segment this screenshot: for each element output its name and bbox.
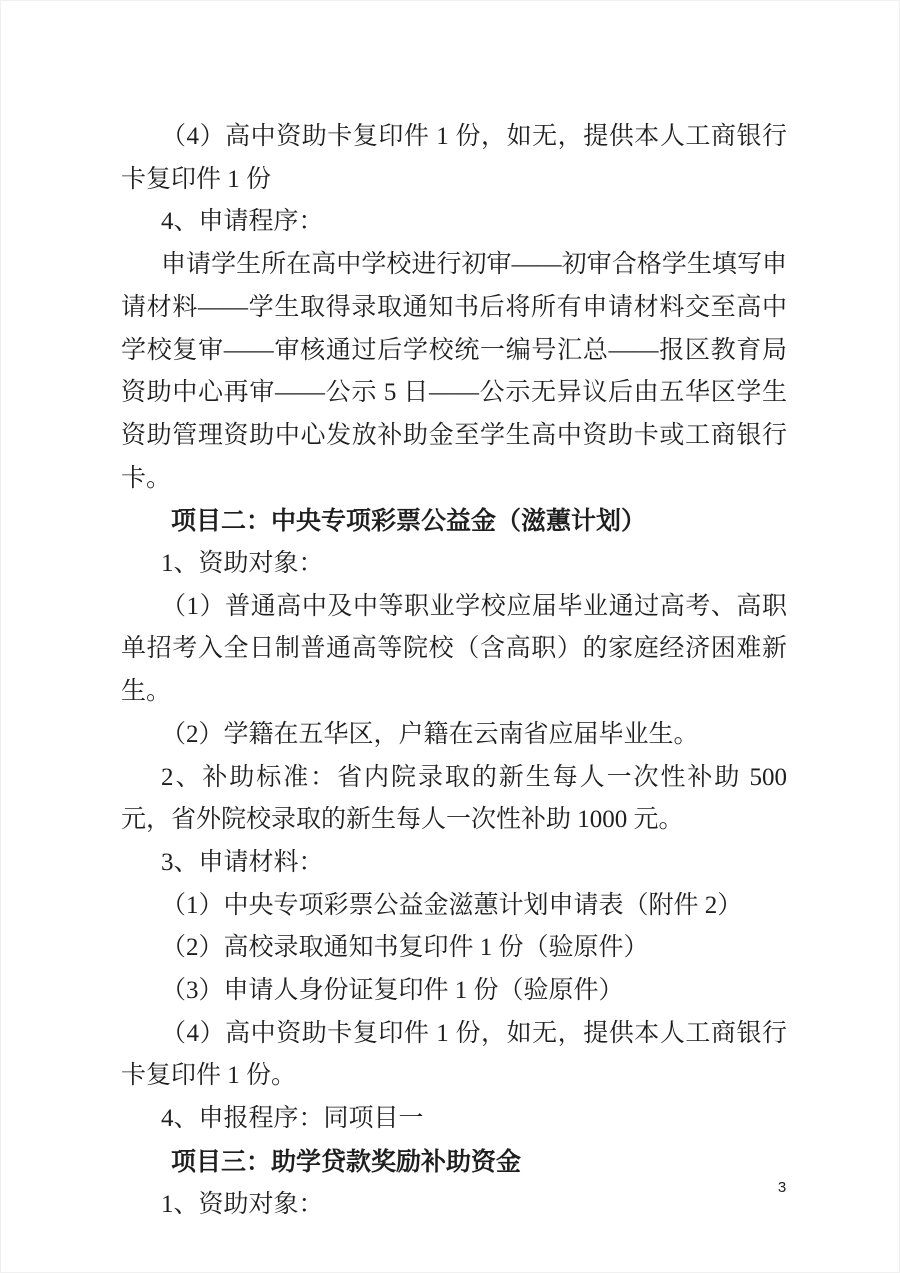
document-page: （4）高中资助卡复印件 1 份，如无，提供本人工商银行卡复印件 1 份4、申请程… bbox=[0, 0, 900, 1273]
paragraph: （1）中央专项彩票公益金滋蕙计划申请表（附件 2） bbox=[121, 885, 787, 928]
paragraph: 4、申请程序： bbox=[121, 201, 787, 244]
paragraph: （3）申请人身份证复印件 1 份（验原件） bbox=[121, 970, 787, 1013]
paragraph: （2）高校录取通知书复印件 1 份（验原件） bbox=[121, 927, 787, 970]
page-number: 3 bbox=[770, 1178, 794, 1198]
paragraph: 1、资助对象： bbox=[121, 543, 787, 586]
paragraph: （1）普通高中及中等职业学校应届毕业通过高考、高职单招考入全日制普通高等院校（含… bbox=[121, 586, 787, 714]
paragraph: （4）高中资助卡复印件 1 份，如无，提供本人工商银行卡复印件 1 份 bbox=[121, 116, 787, 201]
section-heading: 项目二：中央专项彩票公益金（滋蕙计划） bbox=[121, 500, 787, 543]
document-body: （4）高中资助卡复印件 1 份，如无，提供本人工商银行卡复印件 1 份4、申请程… bbox=[121, 116, 787, 1226]
paragraph: 3、申请材料： bbox=[121, 842, 787, 885]
paragraph: 2、补助标准：省内院录取的新生每人一次性补助 500 元，省外院校录取的新生每人… bbox=[121, 757, 787, 842]
paragraph: 4、申报程序：同项目一 bbox=[121, 1098, 787, 1141]
paragraph: 申请学生所在高中学校进行初审——初审合格学生填写申请材料——学生取得录取通知书后… bbox=[121, 244, 787, 500]
paragraph: （2）学籍在五华区，户籍在云南省应届毕业生。 bbox=[121, 714, 787, 757]
paragraph: （4）高中资助卡复印件 1 份，如无，提供本人工商银行卡复印件 1 份。 bbox=[121, 1013, 787, 1098]
section-heading: 项目三：助学贷款奖励补助资金 bbox=[121, 1141, 787, 1184]
paragraph: 1、资助对象： bbox=[121, 1184, 787, 1227]
